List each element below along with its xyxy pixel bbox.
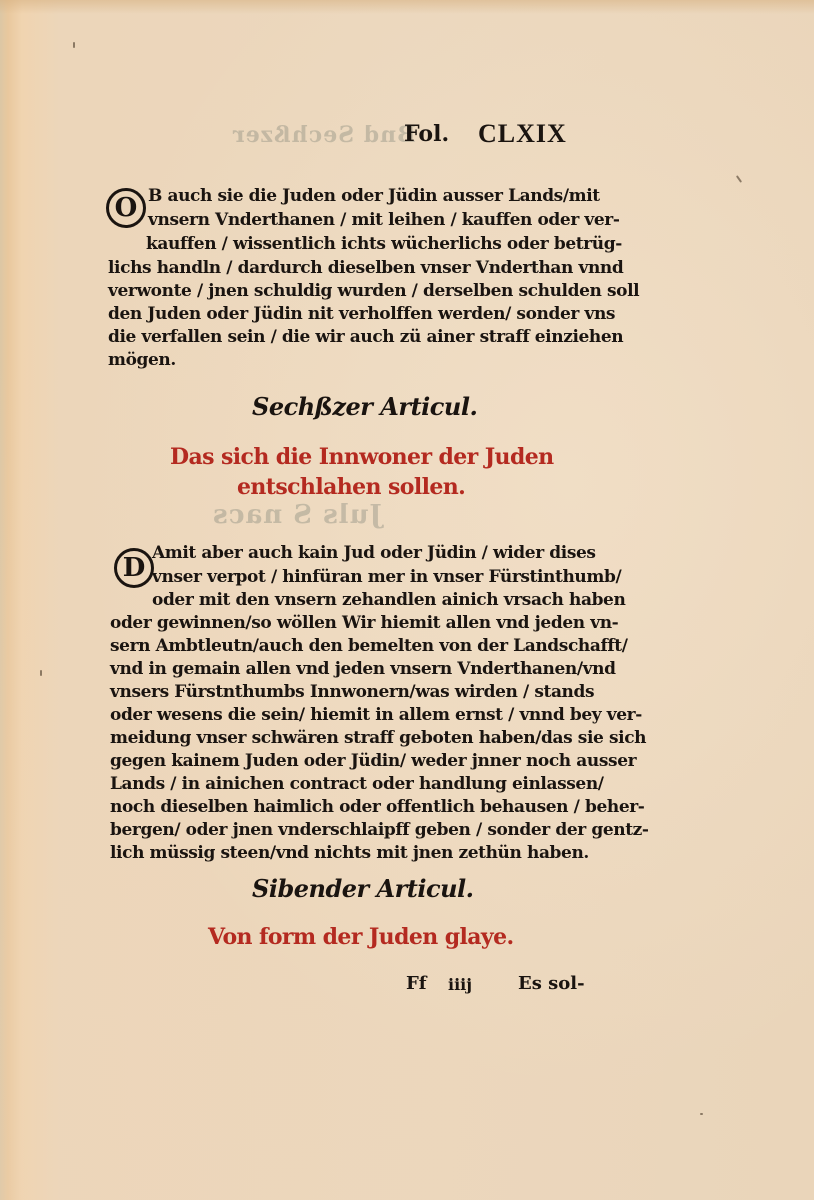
text-line: vnsers Fürstnthumbs Innwonern/was wirden… xyxy=(110,682,594,703)
text-line: oder mit den vnsern zehandlen ainich vrs… xyxy=(152,590,625,611)
text-line: sern Ambtleutn/auch den bemelten von der… xyxy=(110,636,628,657)
paper-speck xyxy=(700,1113,703,1115)
text-line: lichs handln / dardurch dieselben vnser … xyxy=(108,258,623,279)
text-line: noch dieselben haimlich oder offentlich … xyxy=(110,797,644,818)
decorated-initial-d: D xyxy=(114,548,154,588)
text-line: verwonte / jnen schuldig wurden / dersel… xyxy=(108,281,639,302)
article-bleed-through: Juls S nacs xyxy=(212,500,382,530)
text-line: Lands / in ainichen contract oder handlu… xyxy=(110,774,604,795)
article-6-rubric-line-1: Das sich die Innwoner der Juden xyxy=(170,444,554,470)
article-7-rubric: Von form der Juden glaye. xyxy=(208,924,514,950)
text-line: den Juden oder Jüdin nit verholffen werd… xyxy=(108,304,615,325)
text-line: mögen. xyxy=(108,350,176,371)
manuscript-page: Bnd Sechßzer Fol. CLXIX O B auch sie die… xyxy=(0,0,814,1200)
text-line: gegen kainem Juden oder Jüdin/ weder jnn… xyxy=(110,751,636,772)
signature-mark: Ff xyxy=(406,973,427,994)
paper-speck xyxy=(736,175,742,183)
folio-label: Fol. xyxy=(404,121,449,147)
text-line: meidung vnser schwären straff geboten ha… xyxy=(110,728,646,749)
page-top-edge xyxy=(0,0,814,14)
text-line: oder wesens die sein/ hiemit in allem er… xyxy=(110,705,642,726)
text-line: vnd in gemain allen vnd jeden vnsern Vnd… xyxy=(110,659,616,680)
text-line: vnsern Vnderthanen / mit leihen / kauffe… xyxy=(148,210,620,231)
article-7-heading: Sibender Articul. xyxy=(252,874,474,903)
text-line: die verfallen sein / die wir auch zü ain… xyxy=(108,327,623,348)
article-6-rubric-line-2: entschlahen sollen. xyxy=(237,474,465,500)
header-bleed-through: Bnd Sechßzer xyxy=(232,122,416,148)
folio-number: CLXIX xyxy=(478,119,567,149)
article-6-heading: Sechßzer Articul. xyxy=(252,392,477,421)
text-line: B auch sie die Juden oder Jüdin ausser L… xyxy=(148,186,600,207)
text-line: bergen/ oder jnen vnderschlaipff geben /… xyxy=(110,820,649,841)
text-line: Amit aber auch kain Jud oder Jüdin / wid… xyxy=(152,543,596,564)
decorated-initial-o: O xyxy=(106,188,146,228)
text-line: oder gewinnen/so wöllen Wir hiemit allen… xyxy=(110,613,618,634)
text-line: kauffen / wissentlich ichts wücherlichs … xyxy=(146,234,622,255)
catchword: Es sol- xyxy=(518,973,585,994)
paper-speck xyxy=(40,670,42,676)
paper-speck xyxy=(73,42,75,48)
text-line: vnser verpot / hinfüran mer in vnser Für… xyxy=(152,567,621,588)
text-line: lich müssig steen/vnd nichts mit jnen ze… xyxy=(110,843,589,864)
signature-number: iiij xyxy=(448,975,472,994)
